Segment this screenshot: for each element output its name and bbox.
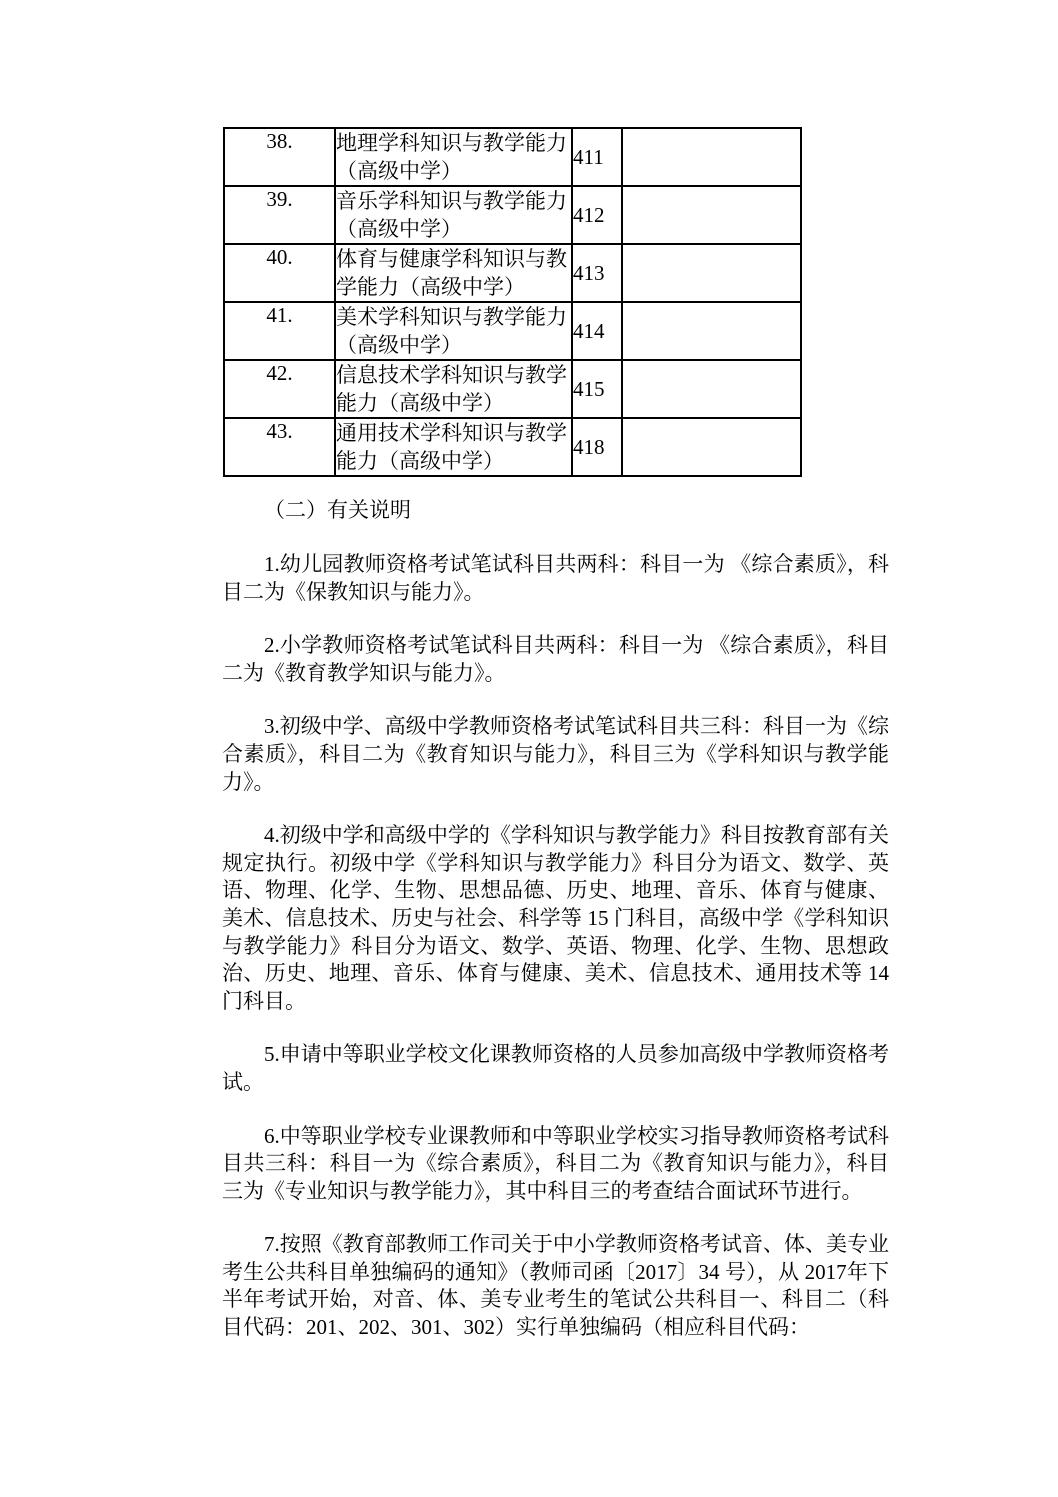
subject-code-table: 38. 地理学科知识与教学能力（高级中学） 411 39. 音乐学科知识与教学能…	[223, 127, 802, 477]
subject-name: 通用技术学科知识与教学能力（高级中学）	[335, 418, 572, 476]
subject-code: 415	[572, 360, 622, 418]
subject-code: 411	[572, 128, 622, 186]
document-page: 38. 地理学科知识与教学能力（高级中学） 411 39. 音乐学科知识与教学能…	[0, 0, 1058, 1497]
note-paragraph-4: 4.初级中学和高级中学的《学科知识与教学能力》科目按教育部有关规定执行。初级中学…	[222, 822, 889, 1015]
subject-name: 体育与健康学科知识与教学能力（高级中学）	[335, 244, 572, 302]
table-row: 43. 通用技术学科知识与教学能力（高级中学） 418	[224, 418, 801, 476]
note-paragraph-7: 7.按照《教育部教师工作司关于中小学教师资格考试音、体、美专业考生公共科目单独编…	[222, 1231, 889, 1341]
note-cell	[622, 186, 801, 244]
subject-code: 413	[572, 244, 622, 302]
table-row: 38. 地理学科知识与教学能力（高级中学） 411	[224, 128, 801, 186]
note-paragraph-2: 2.小学教师资格考试笔试科目共两科：科目一为 《综合素质》，科目二为《教育教学知…	[222, 632, 889, 687]
note-paragraph-5: 5.申请中等职业学校文化课教师资格的人员参加高级中学教师资格考试。	[222, 1041, 889, 1096]
subject-code: 414	[572, 302, 622, 360]
row-number: 41.	[224, 302, 335, 360]
row-number: 43.	[224, 418, 335, 476]
row-number: 42.	[224, 360, 335, 418]
note-paragraph-6: 6.中等职业学校专业课教师和中等职业学校实习指导教师资格考试科目共三科：科目一为…	[222, 1123, 889, 1206]
subject-name: 音乐学科知识与教学能力（高级中学）	[335, 186, 572, 244]
subject-code: 418	[572, 418, 622, 476]
note-cell	[622, 418, 801, 476]
note-cell	[622, 302, 801, 360]
note-cell	[622, 244, 801, 302]
notes-section: 1.幼儿园教师资格考试笔试科目共两科：科目一为 《综合素质》，科目二为《保教知识…	[222, 551, 889, 1368]
note-paragraph-1: 1.幼儿园教师资格考试笔试科目共两科：科目一为 《综合素质》，科目二为《保教知识…	[222, 551, 889, 606]
row-number: 38.	[224, 128, 335, 186]
row-number: 39.	[224, 186, 335, 244]
table-row: 41. 美术学科知识与教学能力（高级中学） 414	[224, 302, 801, 360]
subject-name: 地理学科知识与教学能力（高级中学）	[335, 128, 572, 186]
row-number: 40.	[224, 244, 335, 302]
note-cell	[622, 360, 801, 418]
subject-code: 412	[572, 186, 622, 244]
subject-name: 信息技术学科知识与教学能力（高级中学）	[335, 360, 572, 418]
table-row: 40. 体育与健康学科知识与教学能力（高级中学） 413	[224, 244, 801, 302]
note-paragraph-3: 3.初级中学、高级中学教师资格考试笔试科目共三科：科目一为《综合素质》，科目二为…	[222, 713, 889, 796]
table-row: 42. 信息技术学科知识与教学能力（高级中学） 415	[224, 360, 801, 418]
table-row: 39. 音乐学科知识与教学能力（高级中学） 412	[224, 186, 801, 244]
section-heading: （二）有关说明	[222, 496, 889, 524]
note-cell	[622, 128, 801, 186]
subject-name: 美术学科知识与教学能力（高级中学）	[335, 302, 572, 360]
